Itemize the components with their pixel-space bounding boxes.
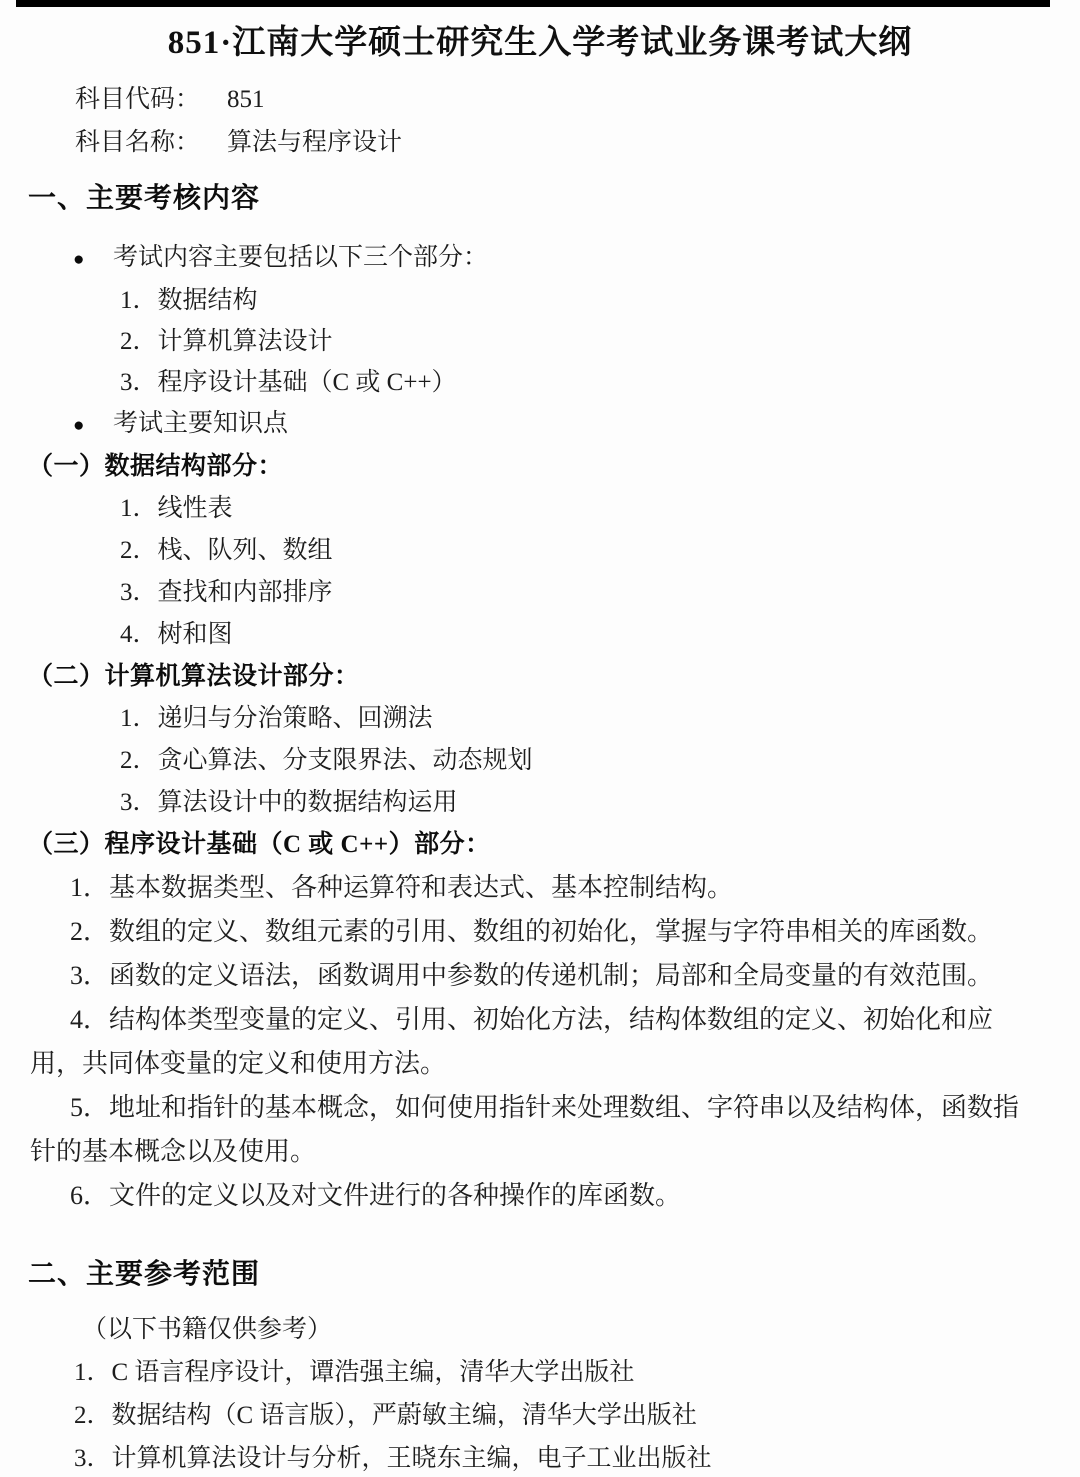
part3-paragraph: 3．函数的定义语法，函数调用中参数的传递机制；局部和全局变量的有效范围。 bbox=[30, 954, 1022, 998]
subject-name-row: 科目名称： 算法与程序设计 bbox=[0, 121, 1080, 164]
reference-list-item: 3．计算机算法设计与分析，王晓东主编，电子工业出版社 bbox=[0, 1437, 1080, 1477]
document-title: 851·江南大学硕士研究生入学考试业务课考试大纲 bbox=[0, 20, 1080, 66]
reference-list-item: 1．C 语言程序设计，谭浩强主编，清华大学出版社 bbox=[0, 1351, 1080, 1394]
intro-list-item: 2．计算机算法设计 bbox=[0, 321, 1080, 362]
part3-paragraph: 5．地址和指针的基本概念，如何使用指针来处理数组、字符串以及结构体，函数指针的基… bbox=[30, 1086, 1022, 1174]
part3-paragraph: 4．结构体类型变量的定义、引用、初始化方法，结构体数组的定义、初始化和应用，共同… bbox=[30, 998, 1022, 1086]
part3-heading: （三）程序设计基础（C 或 C++）部分： bbox=[0, 824, 1080, 866]
reference-note: （以下书籍仅供参考） bbox=[0, 1308, 1080, 1351]
subject-code-label: 科目代码： bbox=[75, 78, 227, 121]
part1-heading: （一）数据结构部分： bbox=[0, 446, 1080, 488]
document-page: 851·江南大学硕士研究生入学考试业务课考试大纲 科目代码： 851 科目名称：… bbox=[0, 0, 1080, 1477]
part2-heading: （二）计算机算法设计部分： bbox=[0, 656, 1080, 698]
bullet-intro-text: 考试内容主要包括以下三个部分： bbox=[113, 238, 488, 278]
subject-code-row: 科目代码： 851 bbox=[0, 78, 1080, 121]
bullet-row-knowledge: ● 考试主要知识点 bbox=[0, 403, 1080, 446]
part1-list-item: 2．栈、队列、数组 bbox=[0, 530, 1080, 572]
part3-paragraph: 1．基本数据类型、各种运算符和表达式、基本控制结构。 bbox=[30, 866, 1022, 910]
bullet-icon: ● bbox=[73, 240, 113, 280]
part2-list-item: 3．算法设计中的数据结构运用 bbox=[0, 782, 1080, 824]
section-heading-main-content: 一、主要考核内容 bbox=[0, 180, 1080, 218]
part2-list-item: 2．贪心算法、分支限界法、动态规划 bbox=[0, 740, 1080, 782]
part3-paragraph: 2．数组的定义、数组元素的引用、数组的初始化，掌握与字符串相关的库函数。 bbox=[30, 910, 1022, 954]
subject-name-value: 算法与程序设计 bbox=[227, 121, 402, 164]
bullet-knowledge-text: 考试主要知识点 bbox=[113, 403, 288, 444]
part1-list-item: 1．线性表 bbox=[0, 488, 1080, 530]
subject-code-value: 851 bbox=[227, 78, 265, 121]
section-heading-references: 二、主要参考范围 bbox=[0, 1256, 1080, 1294]
subject-meta-block: 科目代码： 851 科目名称： 算法与程序设计 bbox=[0, 78, 1080, 164]
top-border-rule bbox=[16, 0, 1050, 7]
reference-list-item: 2．数据结构（C 语言版），严蔚敏主编，清华大学出版社 bbox=[0, 1394, 1080, 1437]
intro-list-item: 3．程序设计基础（C 或 C++） bbox=[0, 362, 1080, 403]
part1-list-item: 4．树和图 bbox=[0, 614, 1080, 656]
bullet-icon: ● bbox=[73, 405, 113, 446]
part1-list-item: 3．查找和内部排序 bbox=[0, 572, 1080, 614]
part2-list-item: 1．递归与分治策略、回溯法 bbox=[0, 698, 1080, 740]
bullet-row-intro: ● 考试内容主要包括以下三个部分： bbox=[0, 238, 1080, 280]
part3-paragraph: 6．文件的定义以及对文件进行的各种操作的库函数。 bbox=[30, 1174, 1022, 1218]
intro-list-item: 1．数据结构 bbox=[0, 280, 1080, 321]
subject-name-label: 科目名称： bbox=[75, 121, 227, 164]
